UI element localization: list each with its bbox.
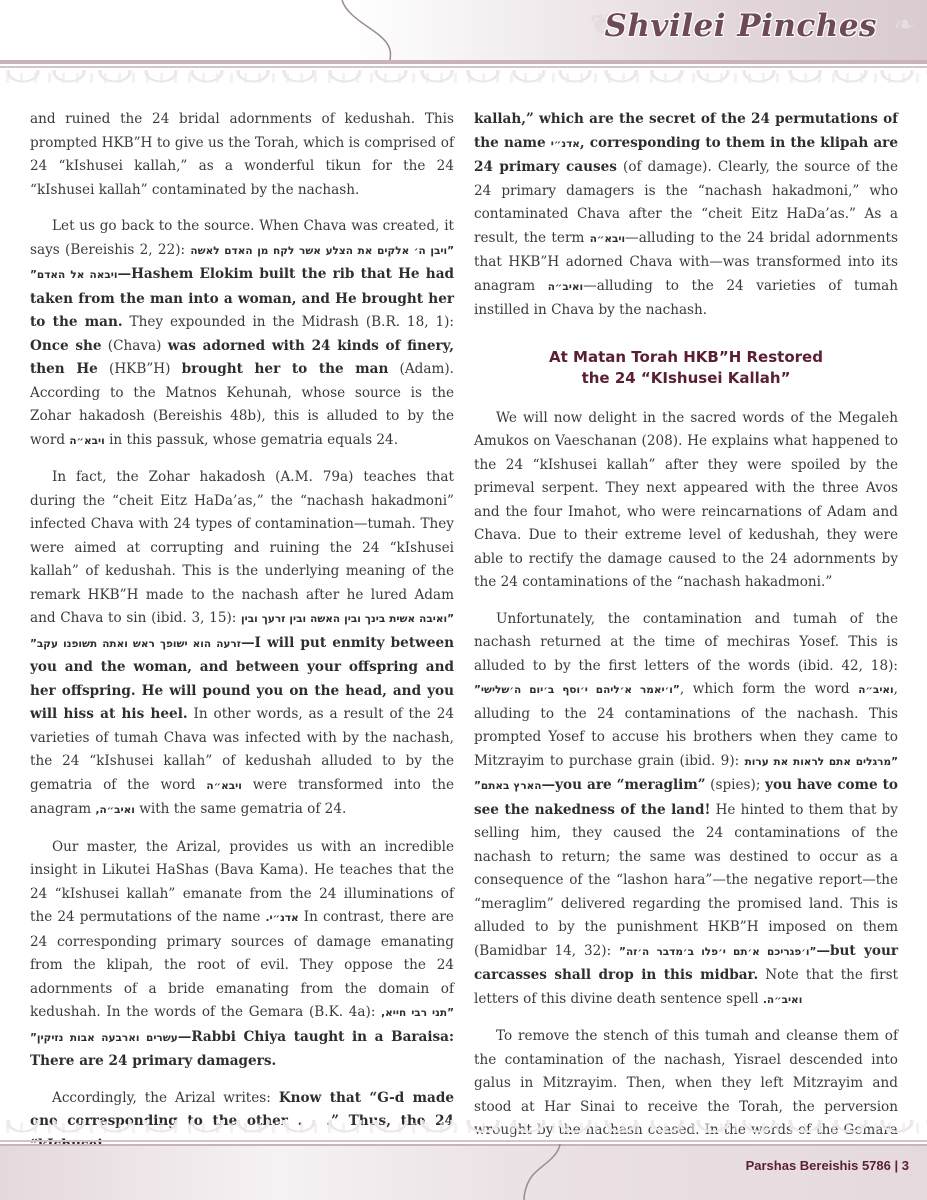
- paragraph: Unfortunately, the contamination and tum…: [474, 608, 898, 1013]
- hebrew-word: אדנ״י.: [266, 912, 299, 924]
- header-rule: [0, 60, 927, 64]
- hebrew-word: ואיב״ה: [548, 281, 583, 293]
- bold-text: brought her to the man: [182, 361, 389, 377]
- paragraph-text: (HKB”H): [98, 361, 182, 377]
- hebrew-quote: ”ו׳פגריכם א׳תם י׳פלו ב׳מדבר ה׳זה”: [619, 946, 816, 958]
- paragraph-text: He hinted to them that by selling him, t…: [474, 802, 898, 959]
- paragraph-text: (Chava): [102, 338, 168, 354]
- footer-separator: |: [895, 1158, 899, 1173]
- hebrew-quote: ”ו׳יאמר א׳ליהם י׳וסף ב׳יום ה׳שלישי”: [474, 684, 680, 696]
- paragraph: Our master, the Arizal, provides us with…: [30, 836, 454, 1074]
- section-heading: At Matan Torah HKB”H Restored the 24 “KI…: [474, 347, 898, 389]
- hebrew-word: ויבא״ה: [69, 435, 104, 447]
- paragraph-text: They expounded in the Midrash (B.R. 18, …: [123, 314, 454, 330]
- footer-scallop-border: [0, 1120, 927, 1140]
- hebrew-word: ויבא״ה: [206, 780, 241, 792]
- paragraph-text: In contrast, there are 24 corresponding …: [30, 909, 454, 1020]
- hebrew-word: ואיב״ה.: [763, 994, 802, 1006]
- paragraph-text: and ruined the 24 bridal adornments of k…: [30, 111, 454, 198]
- right-column: kallah,” which are the secret of the 24 …: [474, 108, 898, 1179]
- bold-translation: —you are “meraglim”: [542, 777, 706, 793]
- page-number: 3: [902, 1158, 909, 1173]
- footer-curve-divider: [510, 1144, 570, 1200]
- swirl-ornament-right-icon: ❧: [893, 10, 915, 40]
- paragraph: In fact, the Zohar hakadosh (A.M. 79a) t…: [30, 466, 454, 823]
- page-header: ❦ Shvilei Pinches ❧: [0, 0, 927, 100]
- footer-banner: [0, 1146, 927, 1200]
- paragraph-text: , which form the word: [680, 681, 858, 697]
- hebrew-word: אדנ״י: [551, 138, 580, 150]
- page-footer: Parshas Bereishis 5786 | 3: [0, 1120, 927, 1200]
- hebrew-word: ואיב״ה: [858, 684, 893, 696]
- section-heading-line: At Matan Torah HKB”H Restored: [474, 347, 898, 368]
- footer-rule-thin: [0, 1140, 927, 1142]
- paragraph: We will now delight in the sacred words …: [474, 407, 898, 595]
- header-curve-divider: [340, 0, 420, 62]
- paragraph-text: (spies);: [706, 777, 766, 793]
- paragraph: and ruined the 24 bridal adornments of k…: [30, 108, 454, 202]
- publication-title: Shvilei Pinches: [605, 8, 878, 44]
- header-rule-thin: [0, 66, 927, 68]
- paragraph: Let us go back to the source. When Chava…: [30, 215, 454, 453]
- paragraph-text: in this passuk, whose gematria equals 24…: [105, 432, 398, 448]
- hebrew-word: ואיב״ה,: [95, 804, 134, 816]
- bold-text: Once she: [30, 338, 102, 354]
- parsha-label: Parshas Bereishis 5786: [746, 1158, 891, 1173]
- left-column: and ruined the 24 bridal adornments of k…: [30, 108, 454, 1170]
- paragraph-text: In fact, the Zohar hakadosh (A.M. 79a) t…: [30, 469, 454, 626]
- footer-page-info: Parshas Bereishis 5786 | 3: [746, 1158, 909, 1173]
- paragraph: kallah,” which are the secret of the 24 …: [474, 108, 898, 323]
- paragraph-text: with the same gematria of 24.: [135, 801, 346, 817]
- section-heading-line: the 24 “KIshusei Kallah”: [474, 368, 898, 389]
- paragraph-text: We will now delight in the sacred words …: [474, 410, 898, 591]
- header-scallop-border: [0, 70, 927, 90]
- paragraph-text: Unfortunately, the contamination and tum…: [474, 611, 898, 674]
- hebrew-word: ויבא״ה: [590, 233, 625, 245]
- paragraph-text: Accordingly, the Arizal writes:: [52, 1090, 279, 1106]
